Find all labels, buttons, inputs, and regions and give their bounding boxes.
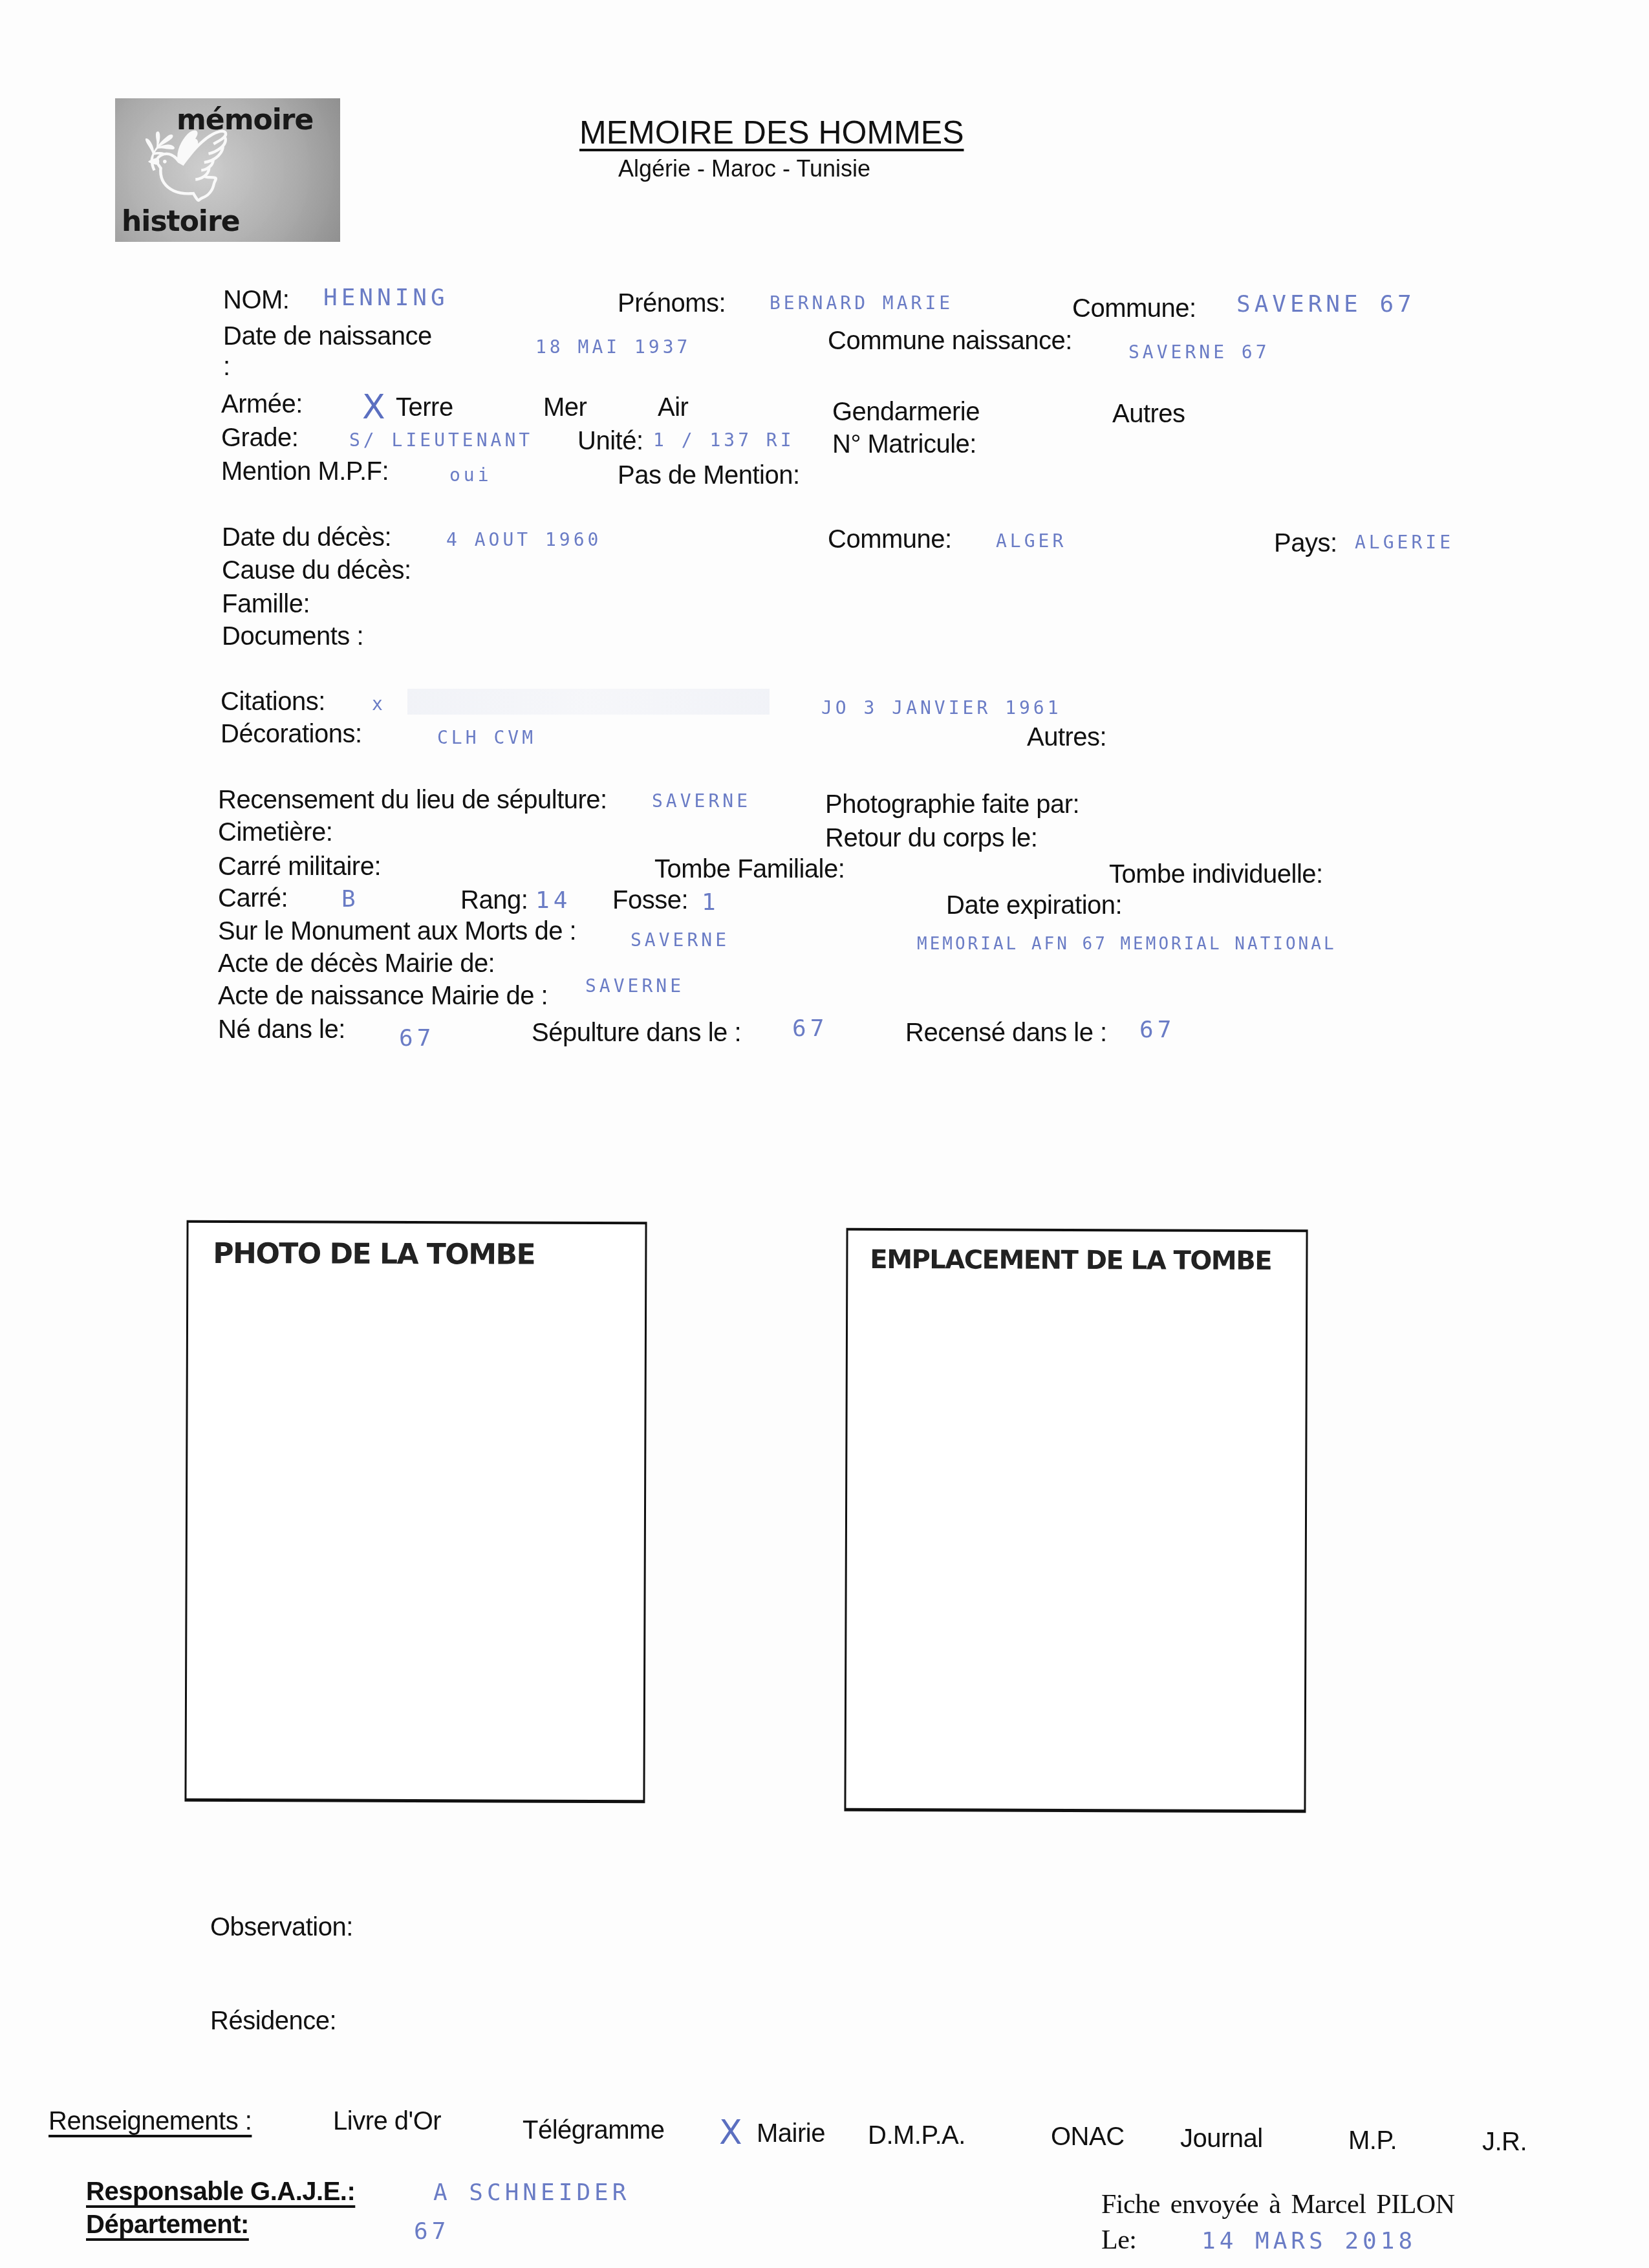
mention-mpf-label: Mention M.P.F: (221, 457, 389, 486)
fiche-envoyee-text: Fiche envoyée à Marcel PILON (1101, 2189, 1454, 2220)
citations-erased-text (407, 689, 770, 715)
prenoms-field[interactable]: BERNARD MARIE (770, 292, 953, 314)
decorations-field[interactable]: CLH CVM (437, 727, 536, 748)
memorial-form-page: 🕊 mémoire histoire MEMOIRE DES HOMMES Al… (0, 0, 1649, 2268)
armee-option-terre[interactable]: Terre (396, 393, 453, 422)
pas-de-mention-label: Pas de Mention: (618, 461, 800, 490)
date-expiration-label: Date expiration: (946, 891, 1122, 920)
responsable-field[interactable]: A SCHNEIDER (433, 2179, 630, 2206)
renseignement-onac[interactable]: ONAC (1051, 2122, 1125, 2152)
logo-text-bottom: histoire (122, 205, 239, 238)
form-title: MEMOIRE DES HOMMES (579, 114, 964, 151)
emplacement-tombe-box[interactable]: EMPLACEMENT DE LA TOMBE (844, 1228, 1308, 1813)
date-naissance-field[interactable]: 18 MAI 1937 (535, 336, 691, 358)
acte-naissance-label: Acte de naissance Mairie de : (218, 982, 548, 1011)
decorations-label: Décorations: (221, 720, 362, 749)
carre-label: Carré: (218, 884, 288, 913)
terre-checkmark[interactable]: X (362, 388, 385, 427)
nom-field[interactable]: HENNING (323, 285, 449, 311)
armee-label: Armée: (221, 390, 303, 419)
acte-naissance-field[interactable]: SAVERNE (585, 975, 684, 997)
rang-label: Rang: (460, 886, 528, 915)
date-deces-label: Date du décès: (222, 523, 391, 552)
commune-naissance-field[interactable]: SAVERNE 67 (1128, 341, 1270, 363)
matricule-label: N° Matricule: (832, 430, 976, 459)
recense-dans-label: Recensé dans le : (905, 1019, 1107, 1048)
armee-option-autres[interactable]: Autres (1112, 400, 1185, 429)
armee-option-mer[interactable]: Mer (543, 393, 587, 422)
cimetiere-label: Cimetière: (218, 818, 332, 847)
tombe-individuelle-label: Tombe individuelle: (1109, 860, 1323, 889)
rang-field[interactable]: 14 (535, 887, 571, 914)
renseignement-telegramme[interactable]: Télégramme (523, 2116, 665, 2145)
nom-label: NOM: (223, 286, 289, 315)
documents-label: Documents : (222, 622, 363, 651)
retour-corps-label: Retour du corps le: (825, 824, 1037, 853)
commune-naissance-label: Commune naissance: (828, 327, 1072, 356)
logo-text-top: mémoire (177, 103, 313, 136)
sepulture-dans-label: Sépulture dans le : (532, 1019, 741, 1048)
pays-label: Pays: (1274, 529, 1337, 558)
photo-tombe-box[interactable]: PHOTO DE LA TOMBE (184, 1220, 647, 1803)
departement-label: Département: (86, 2210, 249, 2240)
date-naissance-colon: : (223, 352, 230, 382)
emplacement-tombe-title: EMPLACEMENT DE LA TOMBE (870, 1245, 1271, 1276)
recensement-label: Recensement du lieu de sépulture: (218, 786, 607, 815)
grade-field[interactable]: S/ LIEUTENANT (349, 429, 533, 451)
mairie-checkmark[interactable]: X (719, 2113, 742, 2152)
acte-deces-label: Acte de décès Mairie de: (218, 949, 495, 978)
commune-label: Commune: (1072, 294, 1196, 323)
date-naissance-label: Date de naissance (223, 322, 432, 351)
armee-option-air[interactable]: Air (658, 393, 688, 422)
renseignement-journal[interactable]: Journal (1180, 2124, 1263, 2154)
renseignements-label: Renseignements : (48, 2107, 252, 2136)
armee-option-gendarmerie[interactable]: Gendarmerie (832, 398, 980, 427)
sepulture-dans-field[interactable]: 67 (792, 1015, 828, 1042)
le-date-field[interactable]: 14 MARS 2018 (1202, 2228, 1416, 2254)
mention-mpf-field[interactable]: oui (449, 464, 492, 486)
unite-field[interactable]: 1 / 137 RI (653, 429, 795, 451)
citations-field[interactable]: JO 3 JANVIER 1961 (821, 697, 1062, 718)
memoire-histoire-logo: 🕊 mémoire histoire (115, 98, 340, 242)
monument-field[interactable]: SAVERNE (630, 929, 729, 951)
citations-mark: x (372, 693, 386, 715)
commune-deces-field[interactable]: ALGER (996, 530, 1066, 552)
famille-label: Famille: (222, 590, 310, 619)
le-label: Le: (1101, 2225, 1136, 2256)
date-deces-field[interactable]: 4 AOUT 1960 (446, 529, 601, 550)
fosse-field[interactable]: 1 (702, 889, 720, 916)
recensement-field[interactable]: SAVERNE (652, 790, 751, 812)
grade-label: Grade: (221, 424, 298, 453)
doves-icon: 🕊 (141, 131, 232, 202)
photographie-label: Photographie faite par: (825, 790, 1079, 819)
residence-label: Résidence: (210, 2007, 336, 2036)
renseignement-mairie[interactable]: Mairie (757, 2119, 825, 2148)
fosse-label: Fosse: (612, 886, 688, 915)
responsable-label: Responsable G.A.J.E.: (86, 2177, 355, 2207)
commune-field[interactable]: SAVERNE 67 (1236, 291, 1416, 318)
renseignement-mp[interactable]: M.P. (1348, 2126, 1397, 2155)
autres-label: Autres: (1027, 723, 1106, 752)
monument-extra-field[interactable]: MEMORIAL AFN 67 MEMORIAL NATIONAL (917, 934, 1337, 954)
unite-label: Unité: (577, 427, 643, 456)
monument-label: Sur le Monument aux Morts de : (218, 917, 576, 946)
ne-dans-label: Né dans le: (218, 1015, 345, 1044)
observation-label: Observation: (210, 1913, 353, 1942)
prenoms-label: Prénoms: (618, 289, 726, 318)
renseignement-dmpa[interactable]: D.M.P.A. (868, 2121, 965, 2150)
citations-label: Citations: (221, 687, 325, 717)
commune-deces-label: Commune: (828, 525, 952, 554)
ne-dans-field[interactable]: 67 (399, 1025, 435, 1052)
tombe-familiale-label: Tombe Familiale: (654, 855, 845, 884)
recense-dans-field[interactable]: 67 (1139, 1017, 1175, 1043)
cause-deces-label: Cause du décès: (222, 556, 411, 585)
renseignement-jr[interactable]: J.R. (1482, 2128, 1527, 2157)
carre-field[interactable]: B (341, 886, 360, 913)
carre-militaire-label: Carré militaire: (218, 852, 381, 881)
form-subtitle: Algérie - Maroc - Tunisie (618, 155, 870, 182)
renseignement-livre-dor[interactable]: Livre d'Or (333, 2107, 441, 2136)
photo-tombe-title: PHOTO DE LA TOMBE (213, 1237, 535, 1271)
pays-field[interactable]: ALGERIE (1355, 532, 1454, 553)
departement-field[interactable]: 67 (414, 2218, 449, 2245)
